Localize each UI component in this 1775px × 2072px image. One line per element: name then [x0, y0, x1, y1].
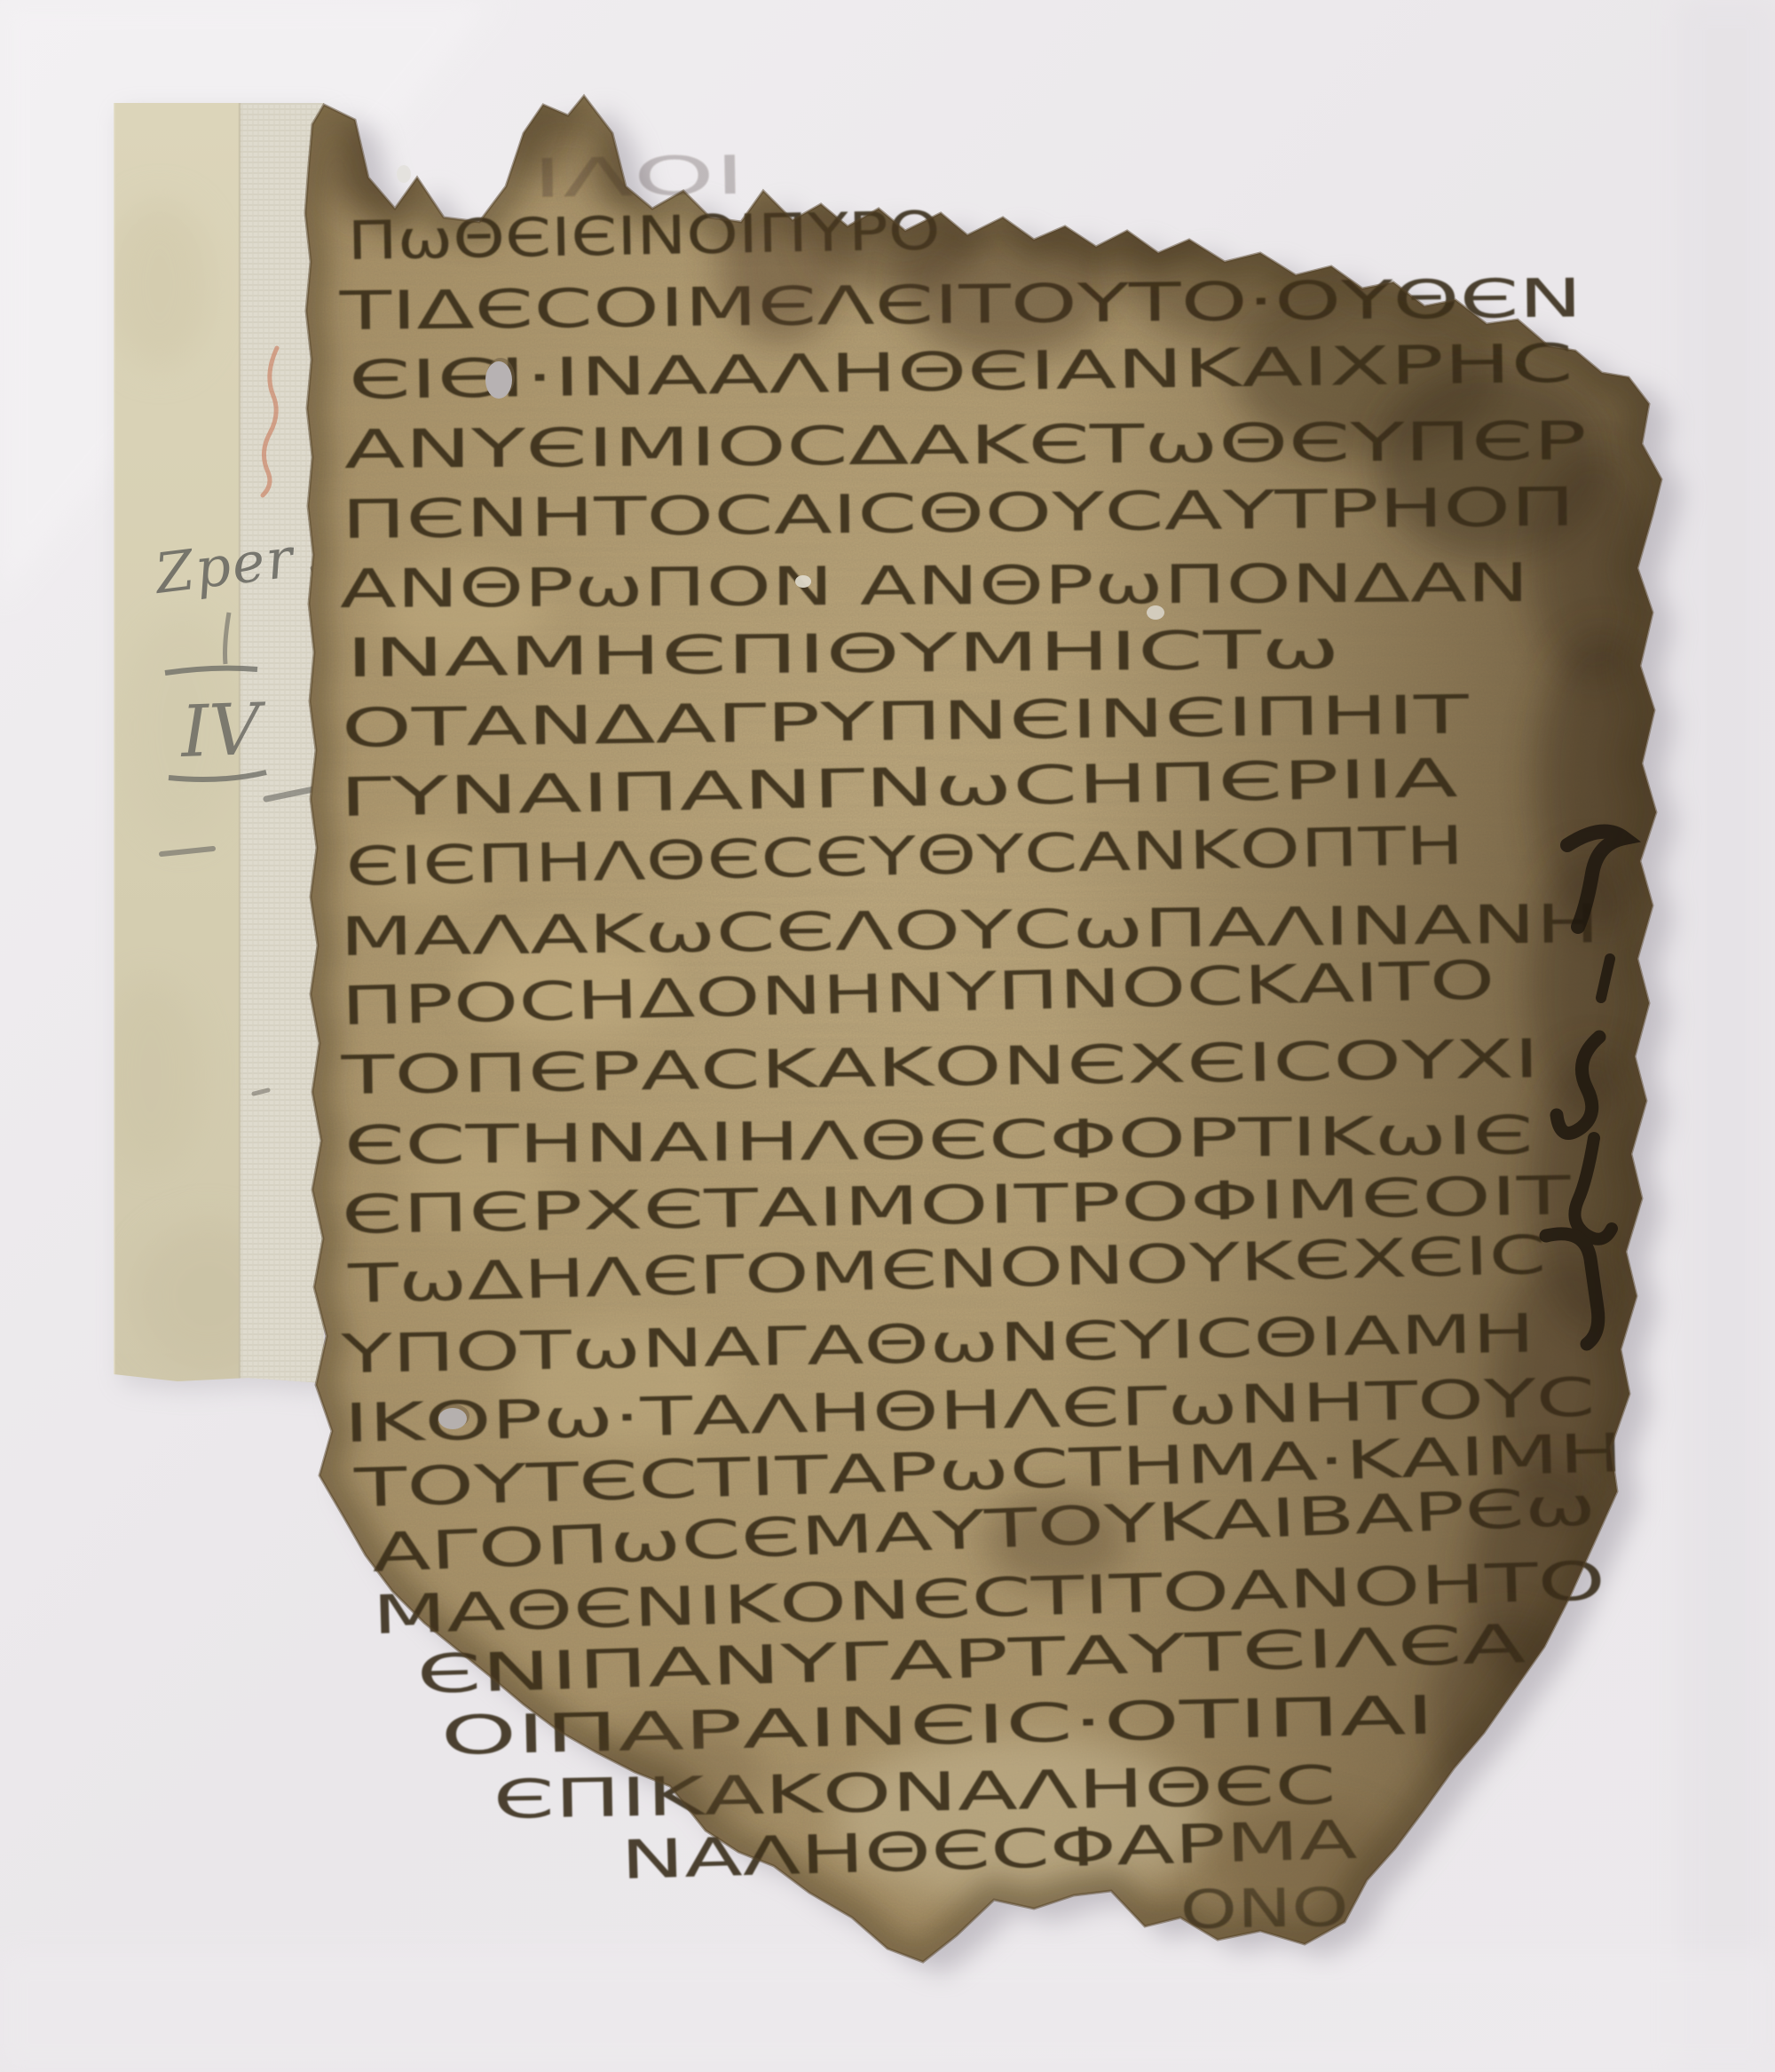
manuscript-line: ЄCΤΗΝΑΙΗΛΘЄCΦΟΡΤΙΚωΙЄ: [344, 1104, 1534, 1177]
manuscript-photo: Zper IV ΙΛΟΙ ΠωΘЄΙЄΙΝΟΙΠΥΡΟ ΤΙΔЄCΟΙΜЄΛЄΙ…: [0, 0, 1775, 2072]
worm-hole: [438, 1408, 467, 1429]
photo-background: Zper IV ΙΛΟΙ ΠωΘЄΙЄΙΝΟΙΠΥΡΟ ΤΙΔЄCΟΙΜЄΛЄΙ…: [0, 0, 1775, 2072]
strip-stain: [106, 200, 213, 368]
worm-hole: [485, 361, 512, 399]
edge-nick: [397, 165, 411, 183]
ink-stain: [985, 1491, 1127, 1589]
backdrop-bottom-band: [0, 1953, 1775, 2072]
abrasion-fleck: [795, 575, 811, 588]
manuscript-line: ΙΝΑΜΗЄΠΙΘΥΜΗΙCΤω: [346, 619, 1341, 690]
roman-numeral-annotation: IV: [177, 688, 268, 773]
abrasion-fleck: [1147, 605, 1164, 620]
backdrop-right-shade: [1677, 0, 1775, 2072]
manuscript-line: ΑΝΘΡωΠΟΝ ΑΝΘΡωΠΟΝΔΑΝ: [340, 552, 1529, 621]
